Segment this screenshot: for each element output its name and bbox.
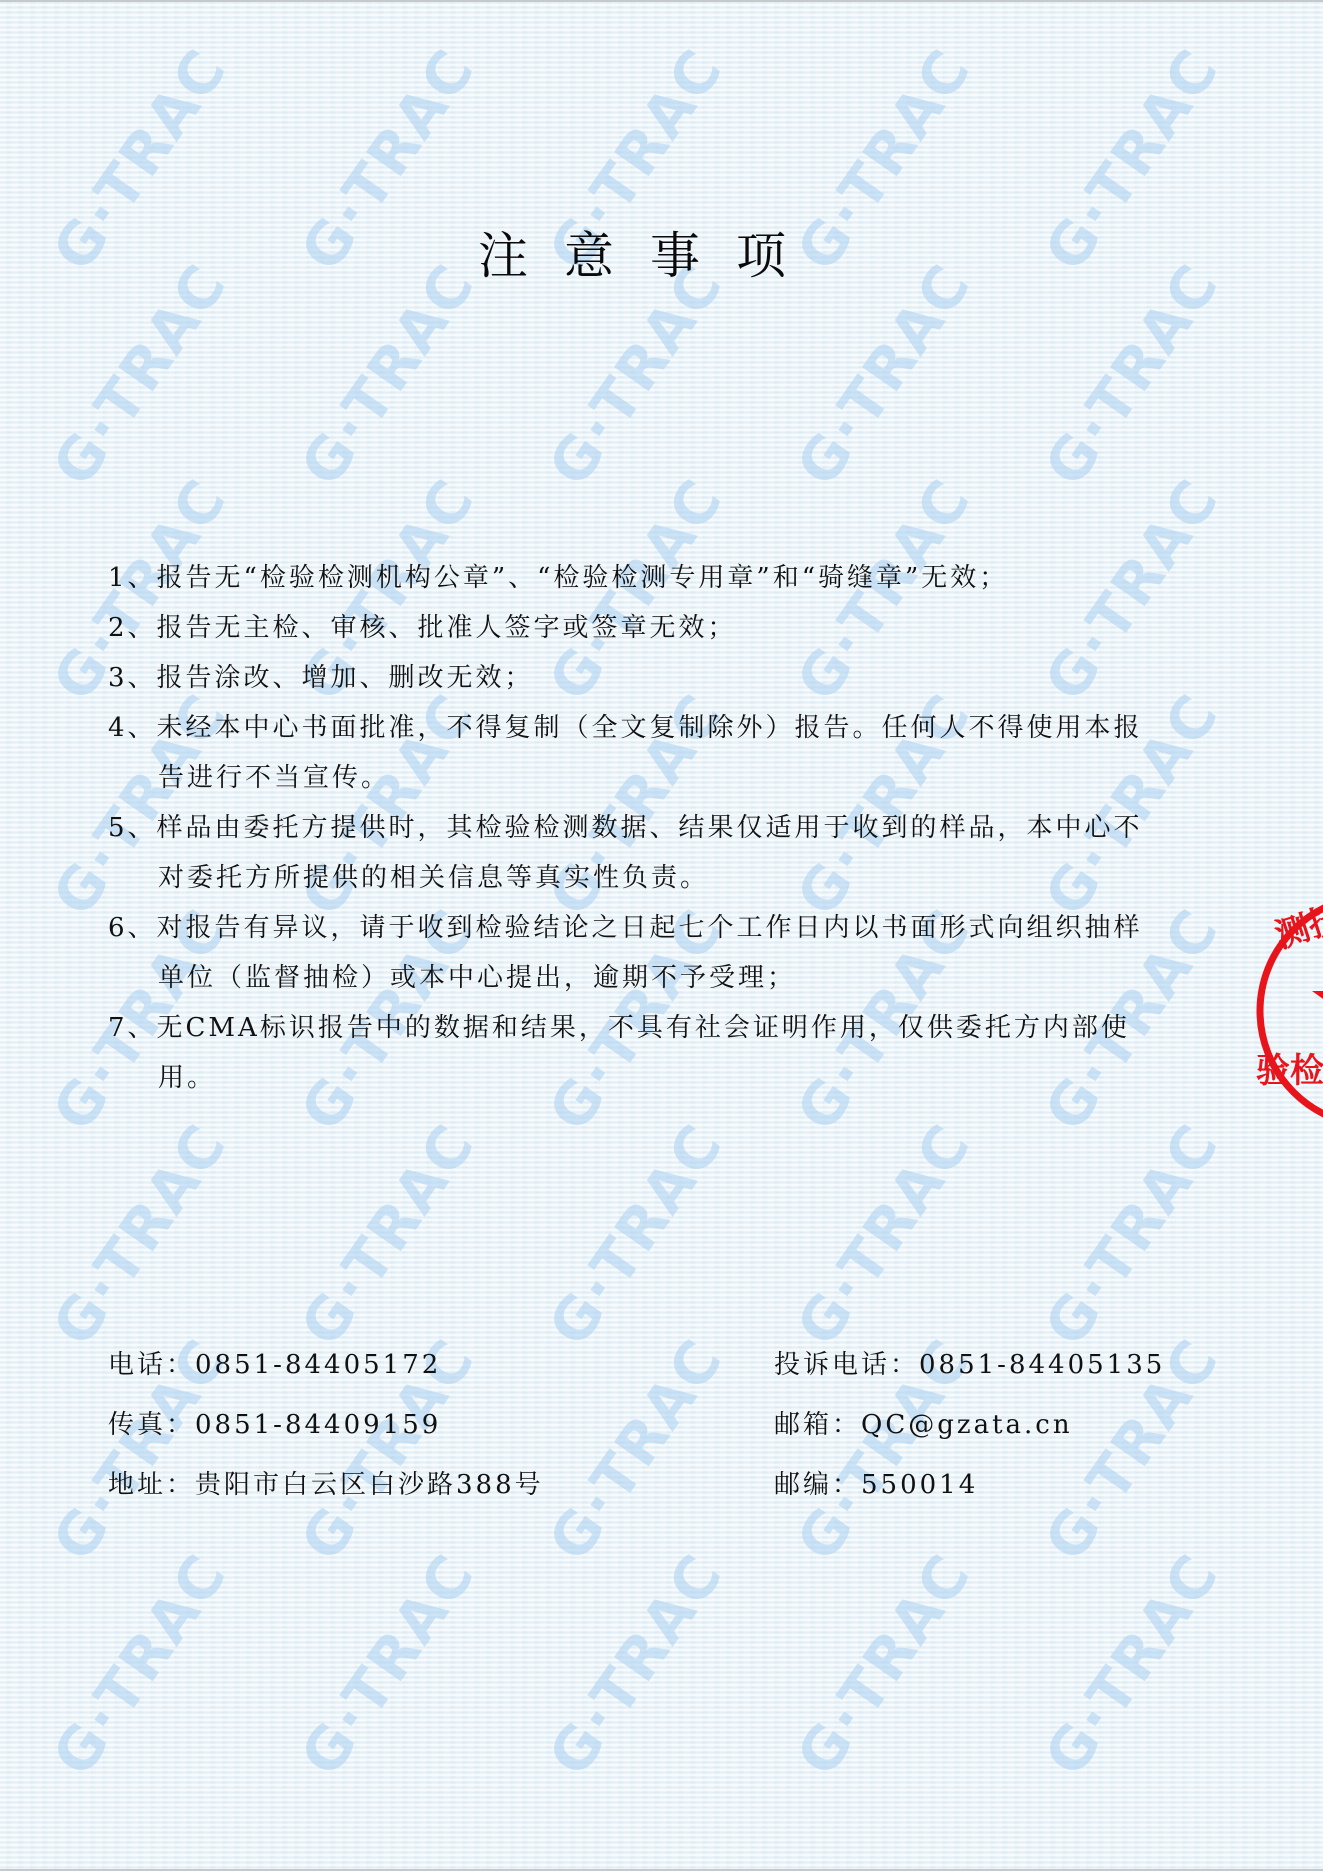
contact-column-right: 投诉电话：0851-84405135 邮箱：QC@gzata.cn 邮编：550…: [774, 1343, 1165, 1523]
email-row: 邮箱：QC@gzata.cn: [774, 1403, 1165, 1463]
address-row: 地址：贵阳市白云区白沙路388号: [108, 1463, 544, 1523]
watermark: G·TRAC: [287, 251, 488, 498]
watermark: G·TRAC: [535, 251, 736, 498]
watermark: G·TRAC: [535, 1541, 736, 1788]
fax-row: 传真：0851-84409159: [108, 1403, 544, 1463]
note-item: 4、未经本中心书面批准，不得复制（全文复制除外）报告。任何人不得使用本报告进行不…: [108, 703, 1168, 803]
watermark: G·TRAC: [535, 1326, 736, 1573]
address-label: 地址：: [108, 1470, 195, 1500]
watermark: G·TRAC: [1031, 251, 1232, 498]
complaint-phone-value: 0851-84405135: [919, 1350, 1165, 1380]
watermark: G·TRAC: [39, 251, 240, 498]
postcode-row: 邮编：550014: [774, 1463, 1165, 1523]
postcode-value: 550014: [861, 1470, 978, 1500]
note-item: 5、样品由委托方提供时，其检验检测数据、结果仅适用于收到的样品，本中心不对委托方…: [108, 803, 1168, 903]
seal-icon: 测技术 验检测: [1250, 886, 1323, 1136]
official-seal: 测技术 验检测: [1250, 886, 1323, 1136]
note-item: 6、对报告有异议，请于收到检验结论之日起七个工作日内以书面形式向组织抽样单位（监…: [108, 903, 1168, 1003]
watermark: G·TRAC: [535, 1111, 736, 1358]
watermark: G·TRAC: [39, 1541, 240, 1788]
fax-value: 0851-84409159: [195, 1410, 441, 1440]
note-item: 3、报告涂改、增加、删改无效；: [108, 653, 1168, 703]
watermark: G·TRAC: [287, 1541, 488, 1788]
fax-label: 传真：: [108, 1410, 195, 1440]
watermark: G·TRAC: [287, 1111, 488, 1358]
complaint-phone-label: 投诉电话：: [774, 1350, 919, 1380]
watermark: G·TRAC: [783, 1541, 984, 1788]
contact-column-left: 电话：0851-84405172 传真：0851-84409159 地址：贵阳市…: [108, 1343, 544, 1523]
phone-value: 0851-84405172: [195, 1350, 441, 1380]
phone-label: 电话：: [108, 1350, 195, 1380]
note-item: 1、报告无“检验检测机构公章”、“检验检测专用章”和“骑缝章”无效；: [108, 553, 1168, 603]
note-item: 2、报告无主检、审核、批准人签字或签章无效；: [108, 603, 1168, 653]
complaint-phone-row: 投诉电话：0851-84405135: [774, 1343, 1165, 1403]
page-title: 注意事项: [0, 216, 1300, 288]
address-value: 贵阳市白云区白沙路388号: [195, 1470, 544, 1500]
watermark: G·TRAC: [783, 251, 984, 498]
note-item: 7、无CMA标识报告中的数据和结果，不具有社会证明作用，仅供委托方内部使用。: [108, 1003, 1168, 1103]
watermark: G·TRAC: [1031, 1111, 1232, 1358]
email-label: 邮箱：: [774, 1410, 861, 1440]
phone-row: 电话：0851-84405172: [108, 1343, 544, 1403]
watermark: G·TRAC: [1031, 1541, 1232, 1788]
postcode-label: 邮编：: [774, 1470, 861, 1500]
email-value: QC@gzata.cn: [861, 1410, 1073, 1440]
svg-text:验检测: 验检测: [1256, 1051, 1323, 1091]
notes-list: 1、报告无“检验检测机构公章”、“检验检测专用章”和“骑缝章”无效； 2、报告无…: [108, 553, 1168, 1103]
watermark: G·TRAC: [39, 1111, 240, 1358]
page-top-edge: [0, 0, 1323, 2]
watermark: G·TRAC: [783, 1111, 984, 1358]
